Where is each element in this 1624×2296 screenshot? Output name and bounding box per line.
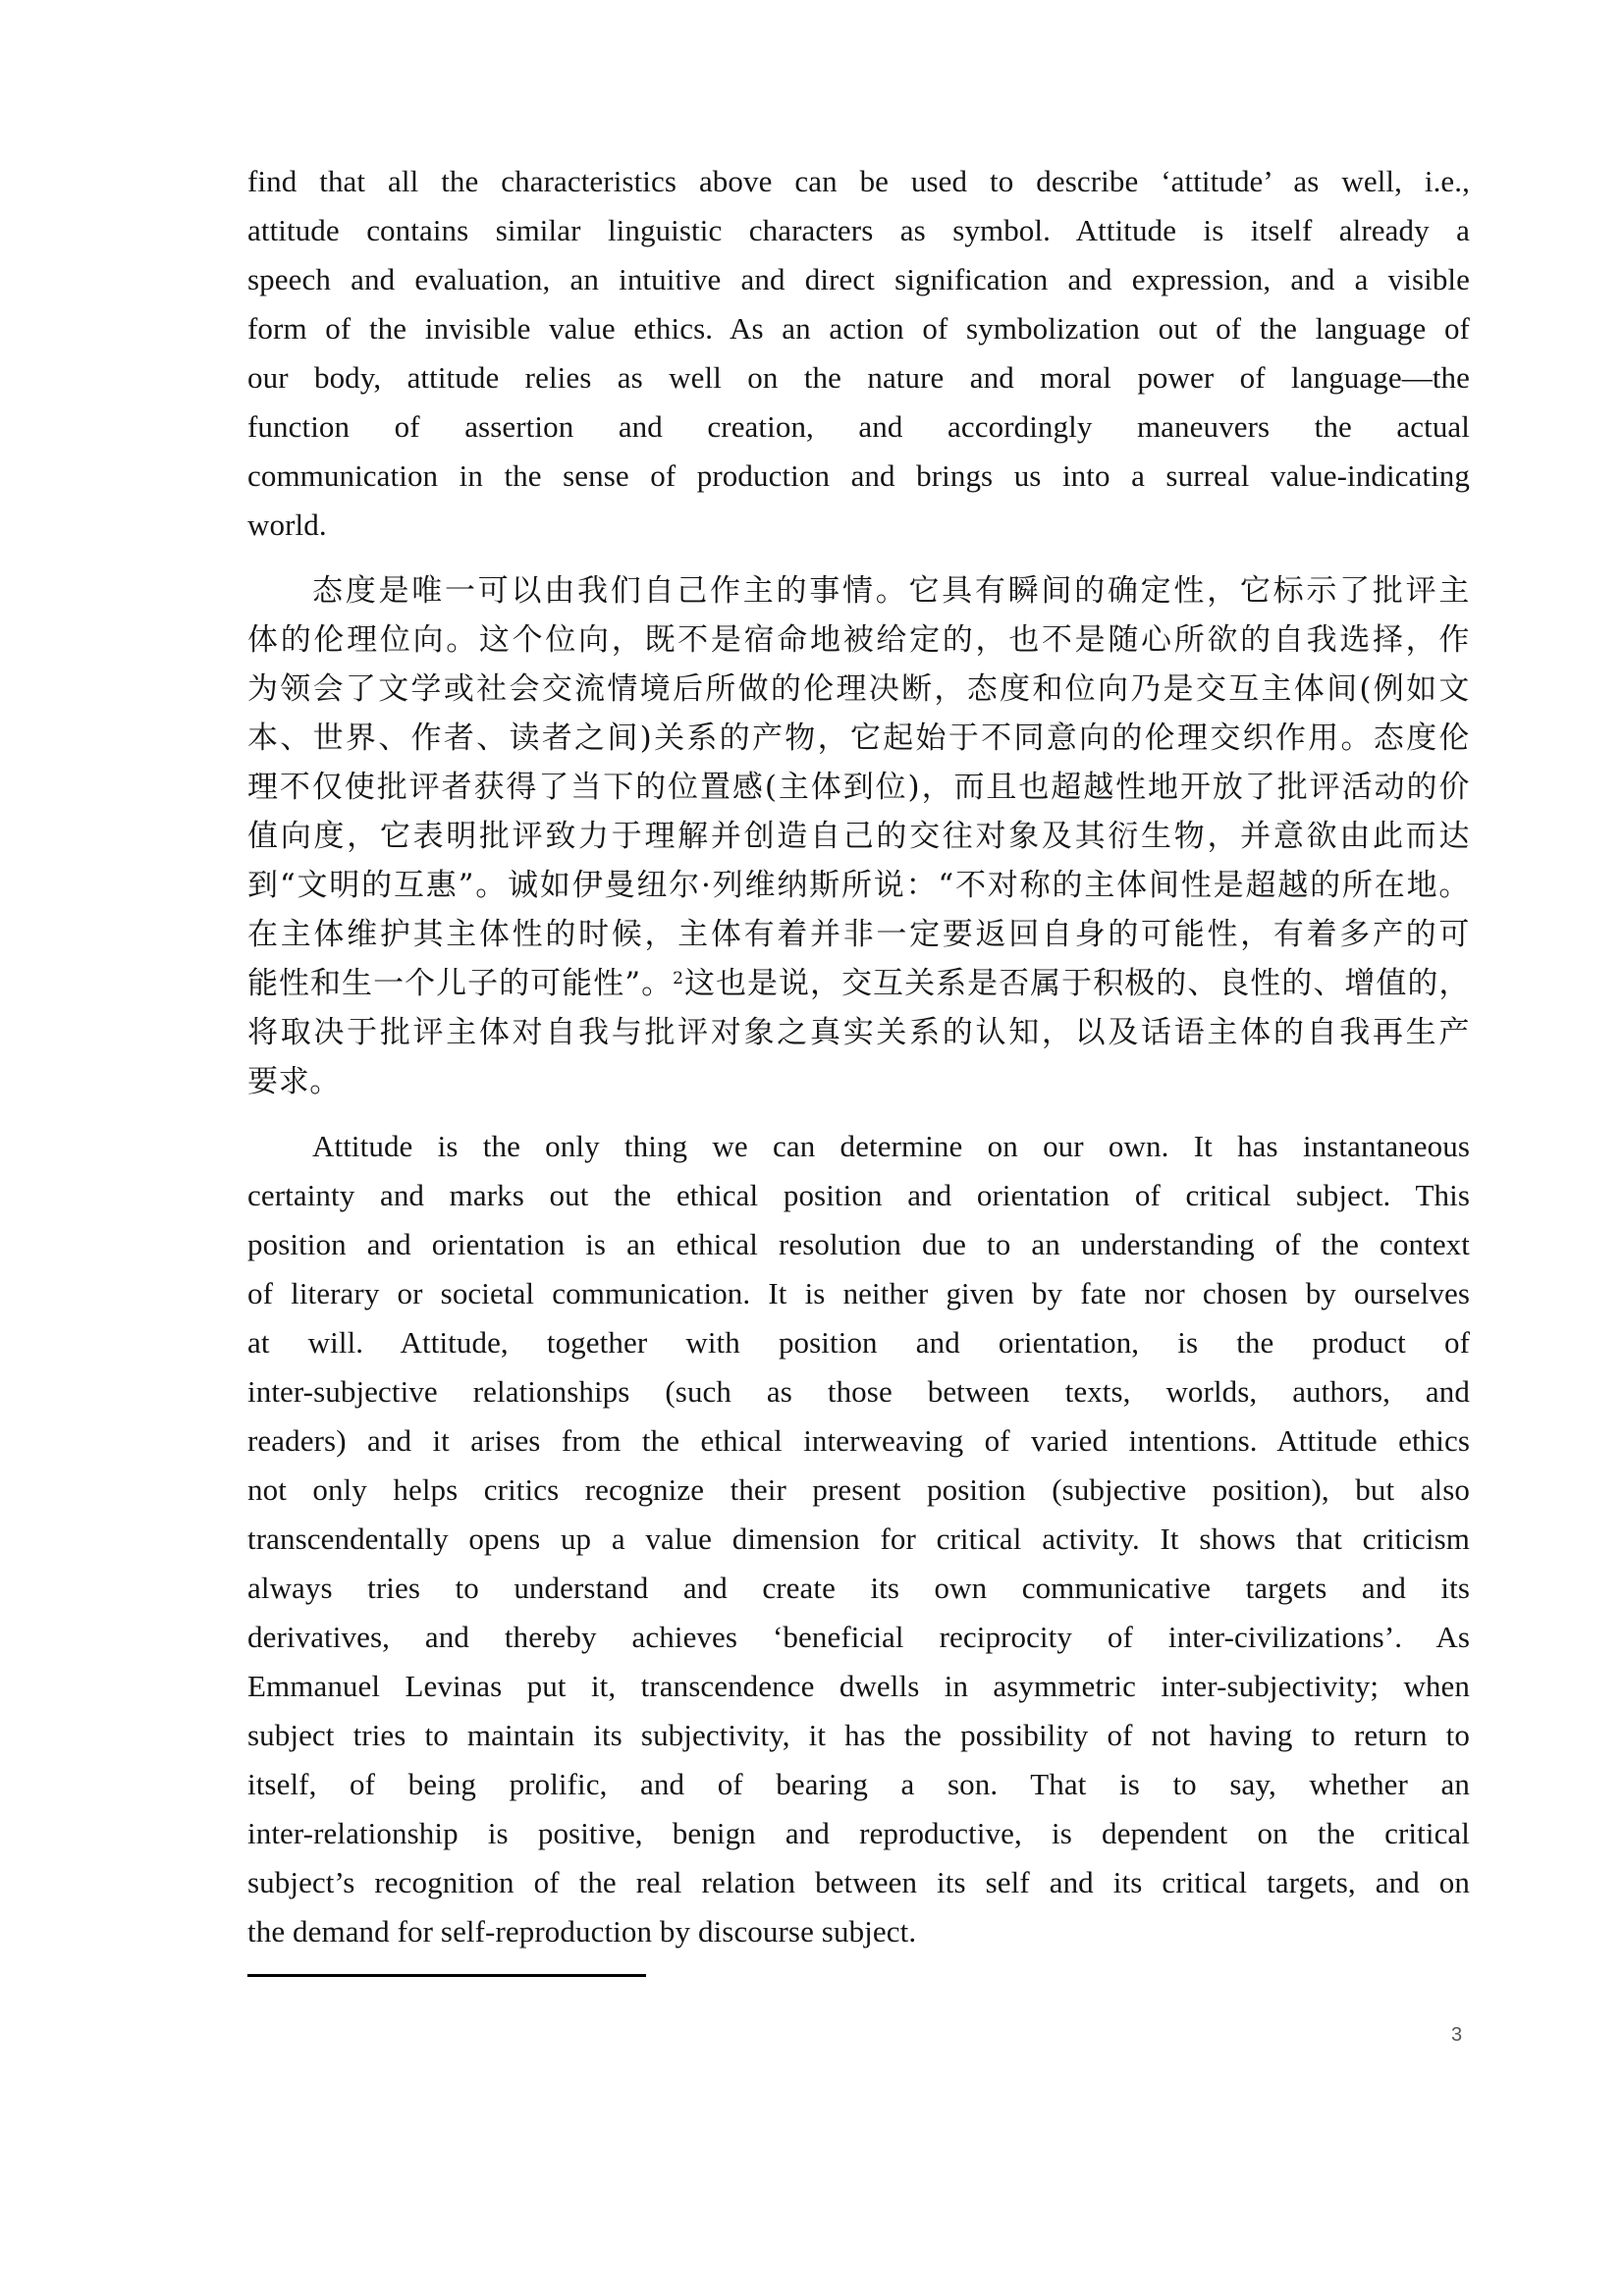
paragraph-chinese: 态度是唯一可以由我们自己作主的事情。它具有瞬间的确定性，它标示了批评主 体的伦理… bbox=[247, 566, 1470, 1106]
text-line: attitude contains similar linguistic cha… bbox=[247, 206, 1470, 255]
text-line: communication in the sense of production… bbox=[247, 452, 1470, 501]
text-line: 要求。 bbox=[247, 1057, 1470, 1106]
text-line: subject’s recognition of the real relati… bbox=[247, 1858, 1470, 1907]
document-page: find that all the characteristics above … bbox=[0, 0, 1624, 2296]
paragraph-english-continuation: find that all the characteristics above … bbox=[247, 157, 1470, 550]
text-line: find that all the characteristics above … bbox=[247, 157, 1470, 206]
text-line: not only helps critics recognize their p… bbox=[247, 1466, 1470, 1515]
page-number: 3 bbox=[1451, 2024, 1462, 2047]
text-segment: 这也是说，交互关系是否属于积极的、良性的、增值的， bbox=[684, 966, 1470, 1001]
text-line: inter-subjective relationships (such as … bbox=[247, 1367, 1470, 1416]
text-line: Emmanuel Levinas put it, transcendence d… bbox=[247, 1662, 1470, 1711]
text-line: Attitude is the only thing we can determ… bbox=[247, 1122, 1470, 1171]
text-line: inter-relationship is positive, benign a… bbox=[247, 1809, 1470, 1858]
footnote-separator bbox=[247, 1974, 646, 1977]
text-segment: 能性和生一个儿子的可能性”。 bbox=[247, 966, 673, 1001]
text-line: 本、世界、作者、读者之间)关系的产物，它起始于不同意向的伦理交织作用。态度伦 bbox=[247, 714, 1470, 763]
text-line: our body, attitude relies as well on the… bbox=[247, 353, 1470, 402]
text-line: 体的伦理位向。这个位向，既不是宿命地被给定的，也不是随心所欲的自我选择，作 bbox=[247, 615, 1470, 665]
text-line: speech and evaluation, an intuitive and … bbox=[247, 255, 1470, 304]
text-line: the demand for self-reproduction by disc… bbox=[247, 1907, 1470, 1956]
text-line: always tries to understand and create it… bbox=[247, 1564, 1470, 1613]
text-line: itself, of being prolific, and of bearin… bbox=[247, 1760, 1470, 1809]
text-line: at will. Attitude, together with positio… bbox=[247, 1318, 1470, 1367]
text-line: function of assertion and creation, and … bbox=[247, 402, 1470, 452]
text-line: 将取决于批评主体对自我与批评对象之真实关系的认知，以及话语主体的自我再生产 bbox=[247, 1008, 1470, 1057]
text-line: of literary or societal communication. I… bbox=[247, 1269, 1470, 1318]
text-line: certainty and marks out the ethical posi… bbox=[247, 1171, 1470, 1220]
text-line: subject tries to maintain its subjectivi… bbox=[247, 1711, 1470, 1760]
text-line: 到“文明的互惠”。诚如伊曼纽尔·列维纳斯所说：“不对称的主体间性是超越的所在地。 bbox=[247, 861, 1470, 910]
text-line: 值向度，它表明批评致力于理解并创造自己的交往对象及其衍生物，并意欲由此而达 bbox=[247, 812, 1470, 861]
text-line: transcendentally opens up a value dimens… bbox=[247, 1515, 1470, 1564]
paragraph-english: Attitude is the only thing we can determ… bbox=[247, 1122, 1470, 1956]
text-line-with-footnote: 能性和生一个儿子的可能性”。2这也是说，交互关系是否属于积极的、良性的、增值的， bbox=[247, 959, 1470, 1008]
text-line: 理不仅使批评者获得了当下的位置感(主体到位)，而且也超越性地开放了批评活动的价 bbox=[247, 763, 1470, 812]
footnote-reference[interactable]: 2 bbox=[673, 969, 683, 988]
text-line: form of the invisible value ethics. As a… bbox=[247, 304, 1470, 353]
text-line: derivatives, and thereby achieves ‘benef… bbox=[247, 1613, 1470, 1662]
text-line: 态度是唯一可以由我们自己作主的事情。它具有瞬间的确定性，它标示了批评主 bbox=[247, 566, 1470, 615]
text-line: position and orientation is an ethical r… bbox=[247, 1220, 1470, 1269]
text-line: 为领会了文学或社会交流情境后所做的伦理决断，态度和位向乃是交互主体间(例如文 bbox=[247, 665, 1470, 714]
text-line: 在主体维护其主体性的时候，主体有着并非一定要返回自身的可能性，有着多产的可 bbox=[247, 910, 1470, 959]
text-line: readers) and it arises from the ethical … bbox=[247, 1416, 1470, 1466]
text-line: world. bbox=[247, 501, 1470, 550]
